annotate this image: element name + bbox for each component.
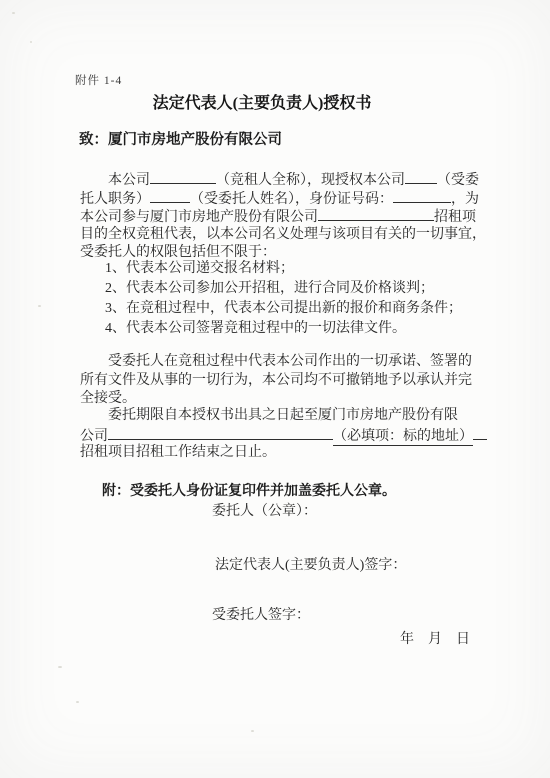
blank-field: [393, 189, 451, 203]
blank-field: [318, 207, 434, 221]
scan-speckle: [12, 12, 15, 14]
text-line: 3、在竞租过程中，代表本公司提出新的报价和商务条件；: [105, 299, 462, 319]
text-run: （受委托人姓名），身份证号码：: [190, 192, 393, 207]
text-run: 招租项: [434, 210, 476, 225]
text-line: 招租项目招租工作结束之日止。: [80, 444, 500, 463]
text-run: 所有文件及从事的一切行为，本公司均不可撤销地予以承认并完: [80, 373, 472, 388]
text-run: 委托期限自本授权书出具之日起至厦门市房地产股份有限: [80, 408, 458, 423]
attachment-note: 附：受委托人身份证复印件并加盖委托人公章。: [102, 480, 396, 500]
text-run: 托人职务）: [80, 192, 150, 207]
scan-speckle: [38, 305, 41, 307]
underlined-note: （必填项：标的地址）: [333, 429, 473, 446]
text-line: 公司（必填项：标的地址）: [80, 426, 500, 445]
attachment-label: 附件 1-4: [75, 72, 122, 88]
blank-field: [108, 426, 333, 440]
text-line: 目的全权竞租代表，以本公司名义处理与该项目有关的一切事宜，: [80, 226, 482, 245]
text-run: 全接受。: [80, 391, 136, 406]
scan-speckle: [76, 701, 79, 703]
text-line: 托人职务）（受委托人姓名），身份证号码：，为: [80, 189, 482, 208]
text-run: （受委: [437, 173, 479, 188]
document-title: 法定代表人(主要负责人)授权书: [80, 90, 444, 113]
text-line: 1、代表本公司递交报名材料；: [105, 259, 462, 279]
paragraph-authorization: 本公司（竞租人全称），现授权本公司（受委托人职务）（受委托人姓名），身份证号码：…: [80, 170, 482, 263]
signature-attorney: 受委托人签字：: [212, 604, 310, 624]
blank-field: [473, 426, 487, 440]
text-run: 本公司: [80, 173, 150, 188]
signature-date-line: 年 月 日: [400, 628, 470, 648]
text-run: 3、在竞租过程中，代表本公司提出新的报价和商务条件；: [105, 301, 462, 316]
text-run: ，为: [451, 192, 479, 207]
text-line: 所有文件及从事的一切行为，本公司均不可撤销地予以承认并完: [80, 372, 482, 391]
text-line: 委托期限自本授权书出具之日起至厦门市房地产股份有限: [80, 407, 500, 426]
text-run: 4、代表本公司签署竞租过程中的一切法律文件。: [105, 321, 406, 336]
text-run: （竞租人全称），现授权本公司: [216, 173, 405, 188]
text-run: 目的全权竞租代表，以本公司名义处理与该项目有关的一切事宜，: [80, 227, 486, 242]
text-run: 招租项目招租工作结束之日止。: [80, 445, 276, 460]
signature-legal-representative: 法定代表人(主要负责人)签字：: [215, 554, 406, 574]
text-run: 1、代表本公司递交报名材料；: [105, 261, 294, 276]
text-line: 本公司参与厦门市房地产股份有限公司招租项: [80, 207, 482, 226]
blank-field: [150, 189, 190, 203]
text-run: 公司: [80, 429, 108, 444]
text-line: 本公司（竞租人全称），现授权本公司（受委: [80, 170, 482, 189]
scan-speckle: [251, 730, 254, 732]
paragraph-acknowledgement: 受委托人在竞租过程中代表本公司作出的一切承诺、签署的所有文件及从事的一切行为，本…: [80, 353, 482, 409]
scan-speckle: [30, 41, 32, 43]
text-line: 受委托人在竞租过程中代表本公司作出的一切承诺、签署的: [80, 353, 482, 372]
text-run: 受委托人在竞租过程中代表本公司作出的一切承诺、签署的: [80, 354, 472, 369]
blank-field: [150, 170, 216, 184]
text-run: 2、代表本公司参加公开招租，进行合同及价格谈判；: [105, 281, 434, 296]
authority-list: 1、代表本公司递交报名材料；2、代表本公司参加公开招租，进行合同及价格谈判；3、…: [105, 259, 462, 339]
scan-speckle: [58, 666, 62, 668]
scanned-document-page: 附件 1-4 法定代表人(主要负责人)授权书 致：厦门市房地产股份有限公司 本公…: [0, 0, 550, 778]
text-line: 全接受。: [80, 390, 482, 409]
text-run: 本公司参与厦门市房地产股份有限公司: [80, 210, 318, 225]
text-line: 2、代表本公司参加公开招租，进行合同及价格谈判；: [105, 279, 462, 299]
salutation-line: 致：厦门市房地产股份有限公司: [79, 128, 282, 149]
blank-field: [405, 170, 437, 184]
paragraph-duration: 委托期限自本授权书出具之日起至厦门市房地产股份有限公司（必填项：标的地址）招租项…: [80, 407, 500, 463]
signature-principal-seal: 委托人（公章）：: [212, 500, 317, 520]
text-line: 4、代表本公司签署竞租过程中的一切法律文件。: [105, 319, 462, 339]
